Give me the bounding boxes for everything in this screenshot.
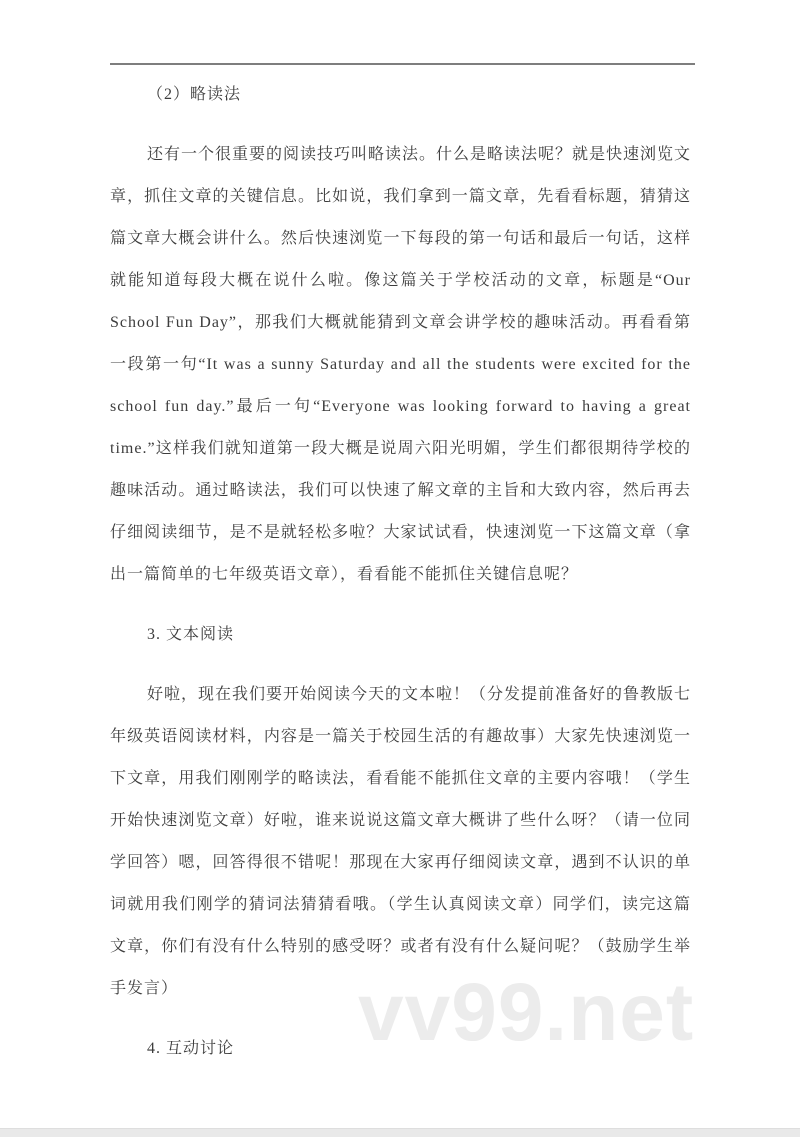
document-content: （2）略读法 还有一个很重要的阅读技巧叫略读法。什么是略读法呢？就是快速浏览文章… (110, 74, 691, 1088)
paragraph-skimming-method: 还有一个很重要的阅读技巧叫略读法。什么是略读法呢？就是快速浏览文章，抓住文章的关… (110, 134, 691, 596)
paragraph-text-reading: 好啦，现在我们要开始阅读今天的文本啦！（分发提前准备好的鲁教版七年级英语阅读材料… (110, 674, 691, 1010)
heading-skimming-method: （2）略读法 (110, 74, 691, 116)
page-separator-rule (110, 63, 695, 65)
site-watermark: vv99.net (358, 972, 694, 1054)
heading-text-reading: 3. 文本阅读 (110, 614, 691, 656)
page-bottom-strip (0, 1128, 800, 1137)
document-page: （2）略读法 还有一个很重要的阅读技巧叫略读法。什么是略读法呢？就是快速浏览文章… (0, 0, 800, 1137)
